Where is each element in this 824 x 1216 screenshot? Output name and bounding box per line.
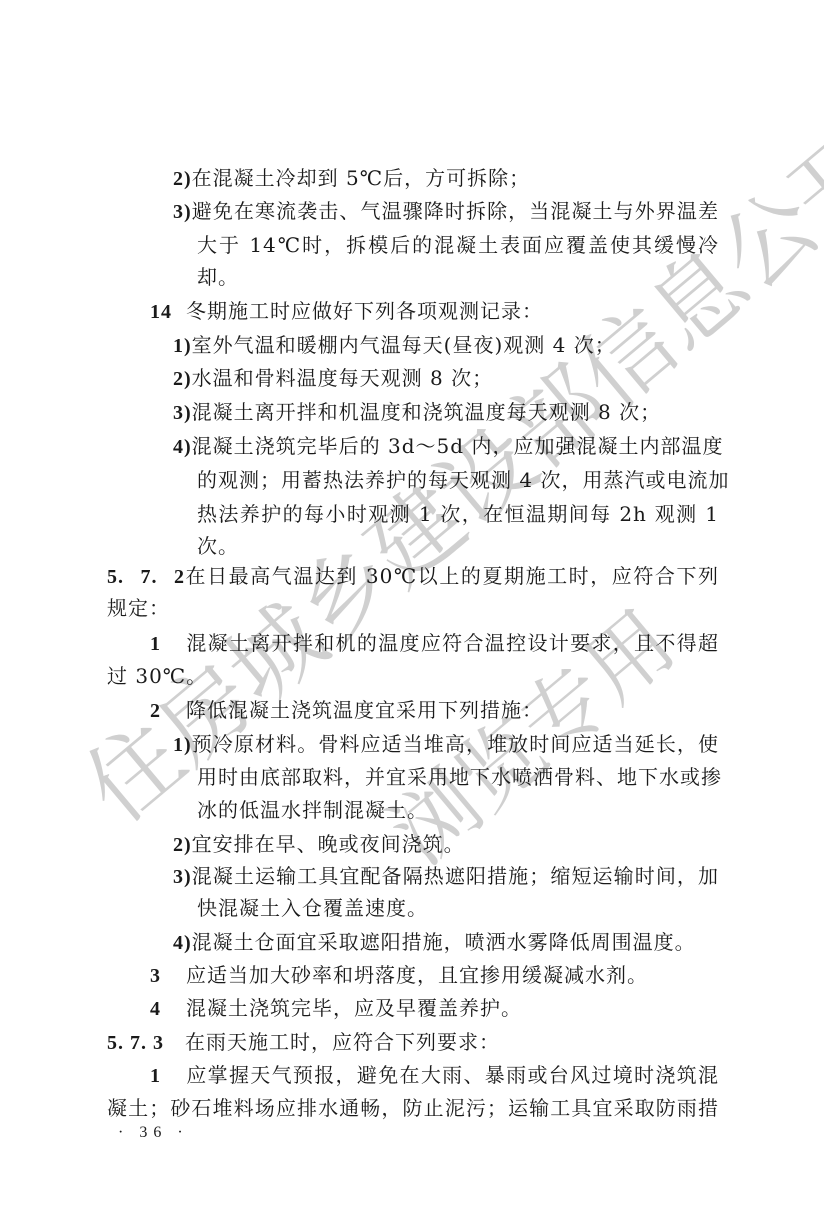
clause-item: 1混凝土离开拌和机的温度应符合温控设计要求，且不得超	[150, 630, 719, 657]
item-text: 次。	[197, 534, 239, 558]
section-clause: 5. 7. 3在雨天施工时，应符合下列要求：	[107, 1029, 500, 1056]
clause-text: 应掌握天气预报，避免在大雨、暴雨或台风过境时浇筑混	[186, 1063, 719, 1087]
item-number: 3)	[173, 402, 192, 424]
list-item: 1)预冷原材料。骨料应适当堆高，堆放时间应适当延长，使	[173, 731, 719, 758]
section-clause: 5. 7. 2在日最高气温达到 30℃以上的夏期施工时，应符合下列	[107, 563, 719, 590]
list-item: 1)室外气温和暖棚内气温每天(昼夜)观测 4 次；	[173, 332, 616, 359]
continuation-line: 用时由底部取料，并宜采用地下水喷洒骨料、地下水或掺	[197, 764, 719, 790]
clause-number: 1	[150, 631, 186, 657]
clause-text: 混凝土浇筑完毕，应及早覆盖养护。	[186, 996, 522, 1020]
clause-item: 14冬期施工时应做好下列各项观测记录：	[150, 298, 543, 325]
clause-number: 4	[150, 996, 186, 1022]
item-number: 3)	[173, 201, 192, 223]
continuation-line: 却。	[197, 264, 239, 290]
continuation-line: 热法养护的每小时观测 1 次，在恒温期间每 2h 观测 1	[197, 501, 719, 527]
item-number: 4)	[173, 436, 192, 458]
item-text: 冰的低温水拌制混凝土。	[197, 798, 428, 822]
continuation-line: 次。	[197, 533, 239, 559]
item-text: 在混凝土冷却到 5℃后，方可拆除；	[192, 166, 530, 190]
item-text: 预冷原材料。骨料应适当堆高，堆放时间应适当延长，使	[192, 732, 719, 756]
list-item: 3)避免在寒流袭击、气温骤降时拆除，当混凝土与外界温差	[173, 198, 719, 225]
clause-text: 降低混凝土浇筑温度宜采用下列措施：	[186, 698, 543, 722]
continuation-line: 大于 14℃时，拆模后的混凝土表面应覆盖使其缓慢冷	[197, 232, 719, 258]
clause-text: 过 30℃。	[107, 664, 207, 688]
clause-text: 规定：	[107, 596, 170, 620]
item-text: 宜安排在早、晚或夜间浇筑。	[192, 832, 465, 856]
clause-number: 1	[150, 1063, 186, 1089]
page-number: · 36 ·	[118, 1124, 189, 1142]
item-number: 2)	[173, 168, 192, 190]
continuation-line: 的观测；用蓄热法养护的每天观测 4 次，用蒸汽或电流加	[197, 467, 719, 493]
list-item: 2)宜安排在早、晚或夜间浇筑。	[173, 831, 465, 858]
continuation-line: 凝土；砂石堆料场应排水通畅，防止泥污；运输工具宜采取防雨措	[107, 1095, 719, 1121]
continuation-line: 快混凝土入仓覆盖速度。	[197, 895, 428, 921]
item-text: 混凝土运输工具宜配备隔热遮阳措施；缩短运输时间，加	[192, 864, 719, 888]
clause-text: 凝土；砂石堆料场应排水通畅，防止泥污；运输工具宜采取防雨措	[107, 1096, 719, 1120]
clause-item: 1应掌握天气预报，避免在大雨、暴雨或台风过境时浇筑混	[150, 1062, 719, 1089]
list-item: 2)在混凝土冷却到 5℃后，方可拆除；	[173, 165, 530, 192]
item-text: 快混凝土入仓覆盖速度。	[197, 896, 428, 920]
item-number: 1)	[173, 335, 192, 357]
list-item: 3)混凝土运输工具宜配备隔热遮阳措施；缩短运输时间，加	[173, 863, 719, 890]
clause-number: 2	[150, 698, 186, 724]
clause-text: 混凝土离开拌和机的温度应符合温控设计要求，且不得超	[186, 631, 719, 655]
item-text: 水温和骨料温度每天观测 8 次；	[192, 366, 493, 390]
list-item: 2)水温和骨料温度每天观测 8 次；	[173, 365, 493, 392]
list-item: 4)混凝土仓面宜采取遮阳措施，喷洒水雾降低周围温度。	[173, 929, 696, 956]
continuation-line: 冰的低温水拌制混凝土。	[197, 797, 428, 823]
item-text: 的观测；用蓄热法养护的每天观测 4 次，用蒸汽或电流加	[197, 468, 729, 492]
clause-number: 3	[150, 963, 186, 989]
clause-item: 2降低混凝土浇筑温度宜采用下列措施：	[150, 697, 543, 724]
item-number: 2)	[173, 368, 192, 390]
item-number: 3)	[173, 866, 192, 888]
continuation-line: 规定：	[107, 595, 170, 621]
clause-item: 4混凝土浇筑完毕，应及早覆盖养护。	[150, 995, 522, 1022]
clause-number: 14	[150, 299, 186, 325]
clause-text: 在雨天施工时，应符合下列要求：	[185, 1030, 500, 1054]
clause-text: 应适当加大砂率和坍落度，且宜掺用缓凝减水剂。	[186, 963, 648, 987]
continuation-line: 过 30℃。	[107, 663, 207, 689]
clause-item: 3应适当加大砂率和坍落度，且宜掺用缓凝减水剂。	[150, 962, 648, 989]
item-number: 2)	[173, 834, 192, 856]
item-text: 混凝土浇筑完毕后的 3d～5d 内，应加强混凝土内部温度	[192, 434, 724, 458]
item-text: 避免在寒流袭击、气温骤降时拆除，当混凝土与外界温差	[192, 199, 719, 223]
item-text: 却。	[197, 265, 239, 289]
item-text: 用时由底部取料，并宜采用地下水喷洒骨料、地下水或掺	[197, 765, 722, 789]
item-text: 大于 14℃时，拆模后的混凝土表面应覆盖使其缓慢冷	[197, 233, 719, 257]
item-text: 混凝土离开拌和机温度和浇筑温度每天观测 8 次；	[192, 400, 661, 424]
document-page: 住房城乡建设部信息公开 浏览专用 2)在混凝土冷却到 5℃后，方可拆除； 3)避…	[0, 0, 824, 1216]
section-number: 5. 7. 3	[107, 1030, 185, 1056]
list-item: 3)混凝土离开拌和机温度和浇筑温度每天观测 8 次；	[173, 399, 661, 426]
item-text: 混凝土仓面宜采取遮阳措施，喷洒水雾降低周围温度。	[192, 930, 696, 954]
item-number: 1)	[173, 734, 192, 756]
item-text: 室外气温和暖棚内气温每天(昼夜)观测 4 次；	[192, 333, 616, 357]
item-text: 热法养护的每小时观测 1 次，在恒温期间每 2h 观测 1	[197, 502, 719, 526]
clause-text: 冬期施工时应做好下列各项观测记录：	[186, 299, 543, 323]
clause-text: 在日最高气温达到 30℃以上的夏期施工时，应符合下列	[185, 564, 719, 588]
section-number: 5. 7. 2	[107, 564, 185, 590]
item-number: 4)	[173, 932, 192, 954]
list-item: 4)混凝土浇筑完毕后的 3d～5d 内，应加强混凝土内部温度	[173, 433, 719, 460]
